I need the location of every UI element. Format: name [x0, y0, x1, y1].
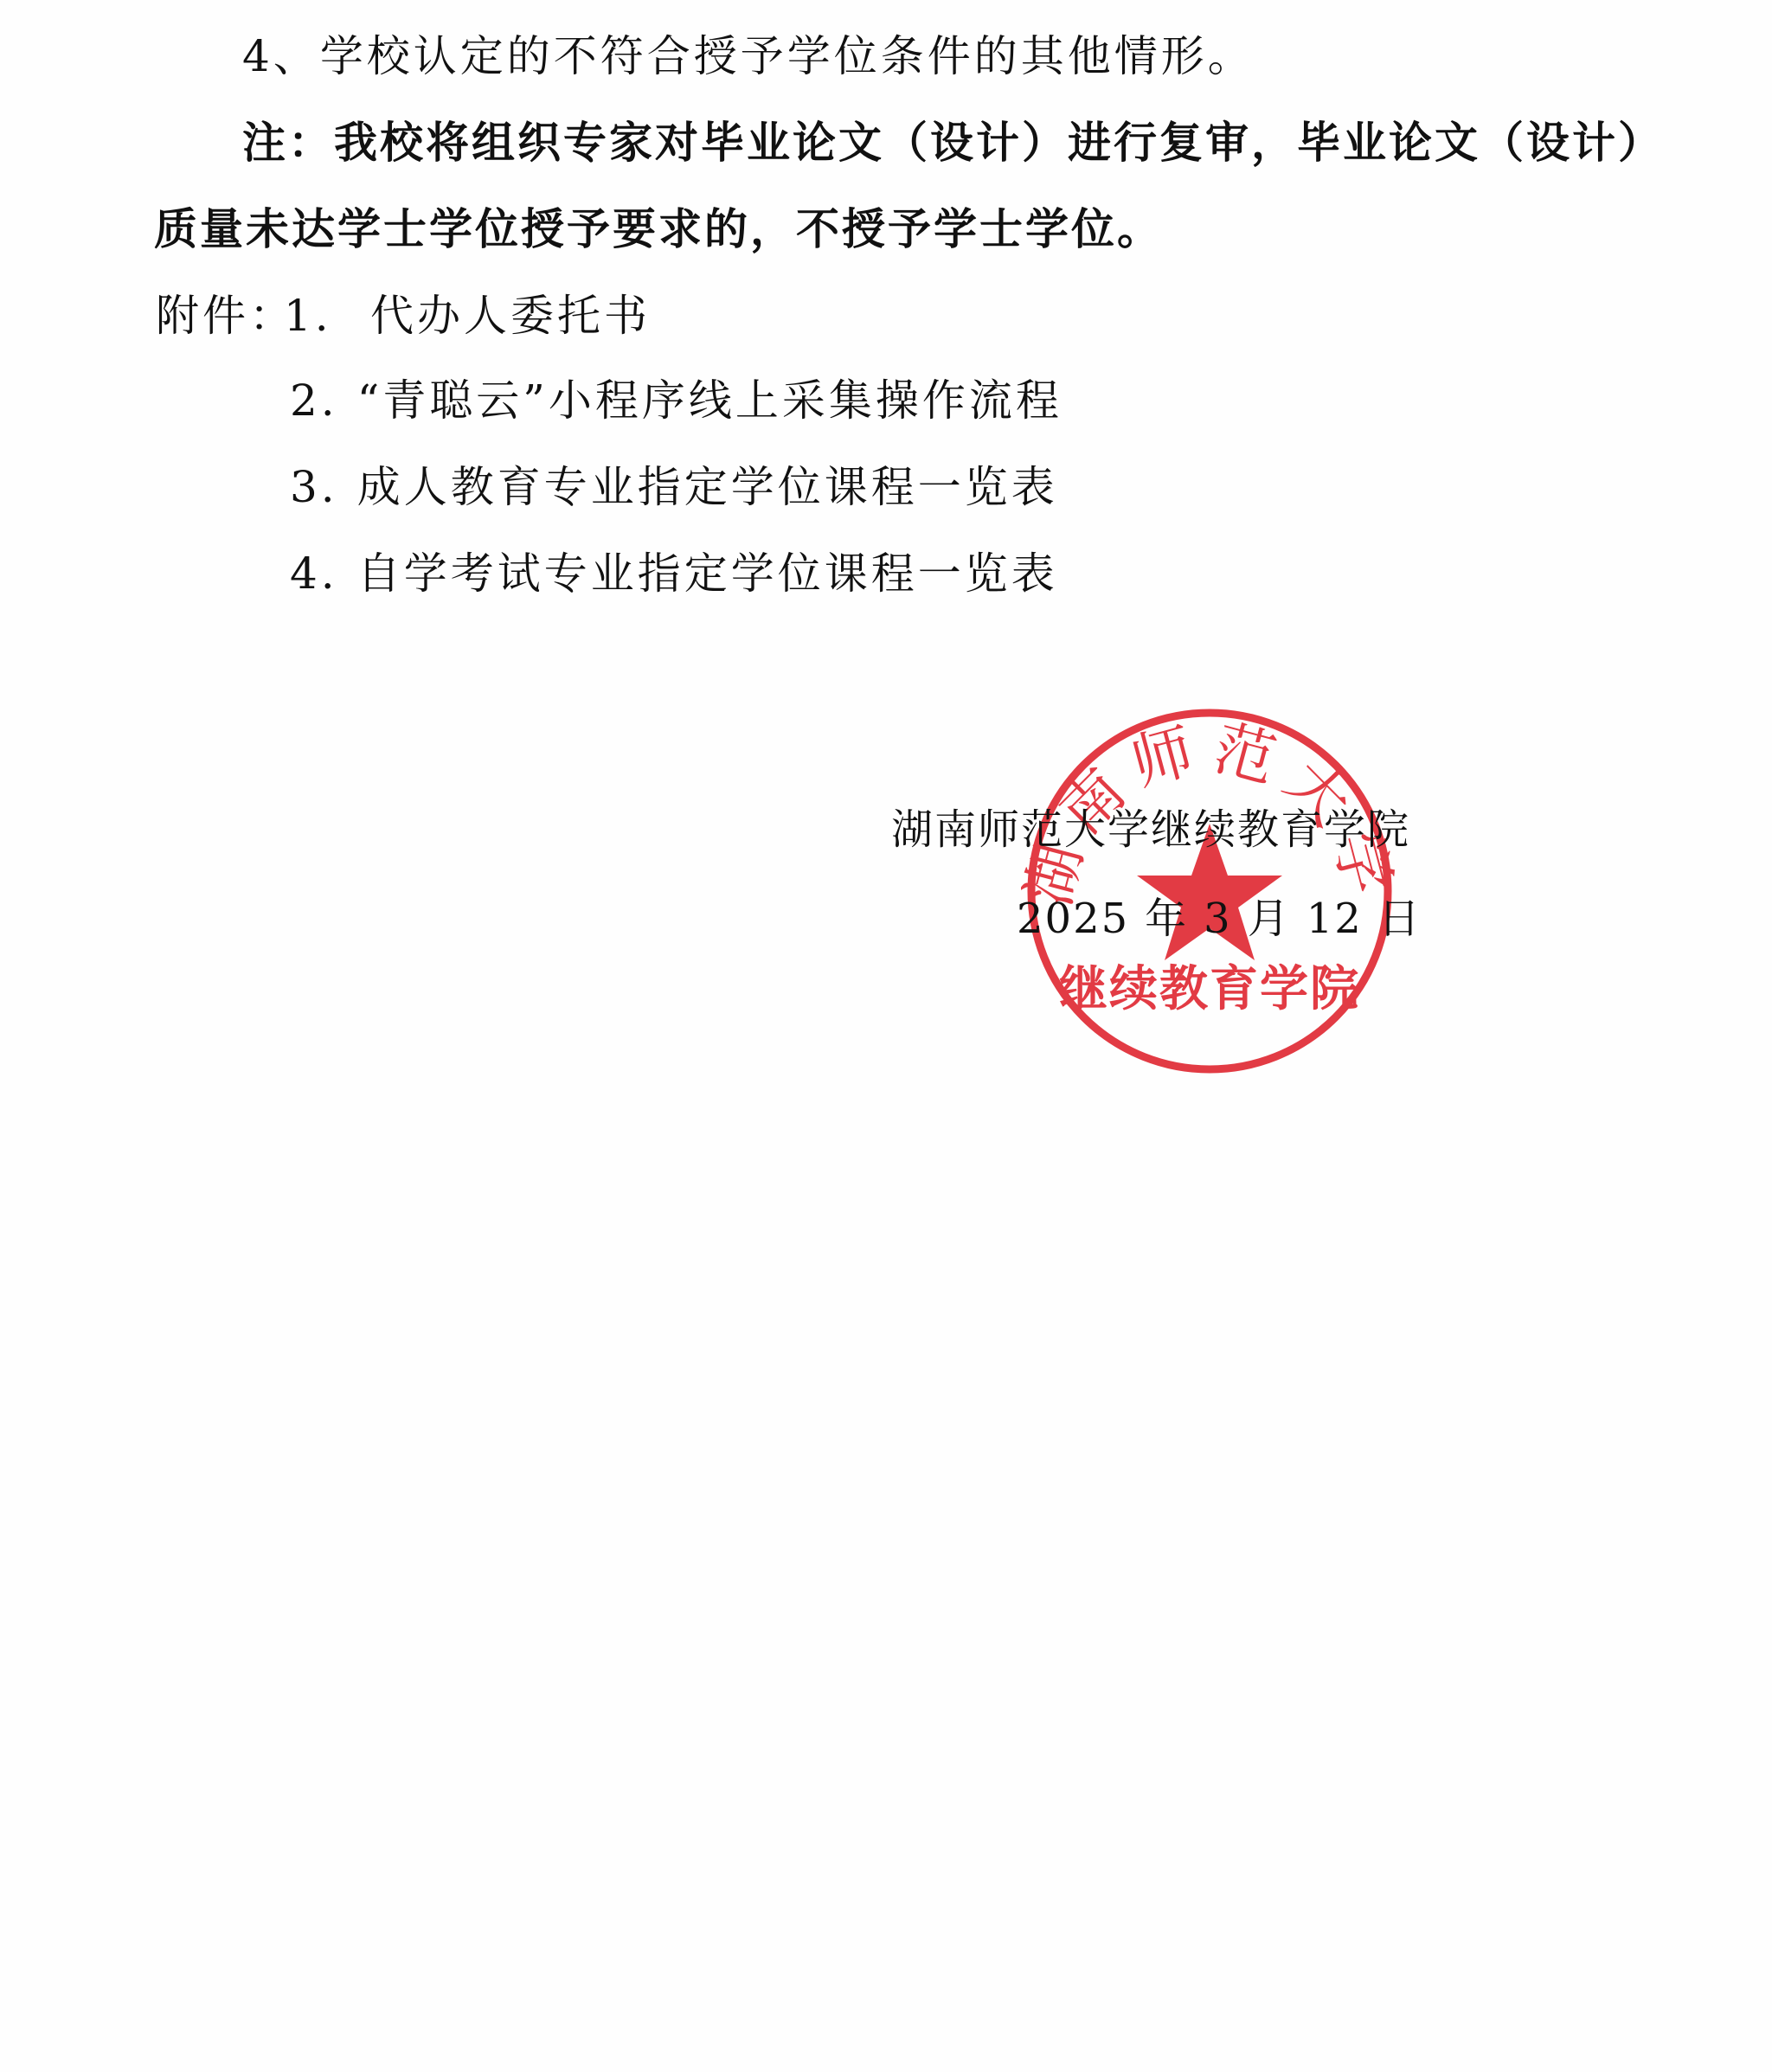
attachment-number: 4. — [290, 548, 338, 599]
attachment-title: 成人教育专业指定学位课程一览表 — [357, 462, 1058, 512]
attachment-1-title: 代办人委托书 — [370, 294, 651, 337]
clause-4: 4、学校认定的不符合授予学位条件的其他情形。 — [242, 35, 1255, 78]
clause-number: 4、 — [242, 31, 320, 81]
signature-organization: 湖南师范大学继续教育学院 — [891, 809, 1410, 850]
signature-date: 2025年3月12日 — [1017, 898, 1437, 940]
document-page: 湖南师范大学 继续教育学院 4、学校认定的不符合授予学位条件的其他情形。 注：我… — [0, 0, 1772, 2072]
seal-bottom-text: 继续教育学院 — [1059, 961, 1360, 1017]
attachment-3: 3.成人教育专业指定学位课程一览表 — [290, 465, 1058, 509]
attachment-1-number: 1. — [284, 294, 332, 337]
attachment-number: 3. — [290, 462, 338, 512]
attachment-title: 自学考试专业指定学位课程一览表 — [357, 548, 1058, 599]
official-seal: 湖南师范大学 继续教育学院 — [1021, 702, 1398, 1080]
date-year-unit: 年 — [1145, 895, 1188, 943]
date-day: 12 — [1307, 895, 1363, 943]
date-month-unit: 月 — [1248, 895, 1291, 943]
note-line-1: 注：我校将组织专家对毕业论文（设计）进行复审，毕业论文（设计） — [242, 121, 1664, 164]
date-month: 3 — [1204, 895, 1232, 943]
attachment-number: 2. — [290, 375, 338, 426]
date-year: 2025 — [1017, 895, 1129, 943]
date-day-unit: 日 — [1378, 895, 1422, 943]
attachment-4: 4.自学考试专业指定学位课程一览表 — [290, 552, 1058, 595]
attachments-label: 附件： — [156, 294, 296, 337]
attachment-title: “青聪云”小程序线上采集操作流程 — [357, 375, 1063, 426]
clause-text: 学校认定的不符合授予学位条件的其他情形。 — [320, 31, 1255, 81]
note-line-2: 质量未达学士学位授予要求的，不授予学士学位。 — [154, 208, 1163, 251]
attachment-2: 2.“青聪云”小程序线上采集操作流程 — [290, 379, 1063, 422]
